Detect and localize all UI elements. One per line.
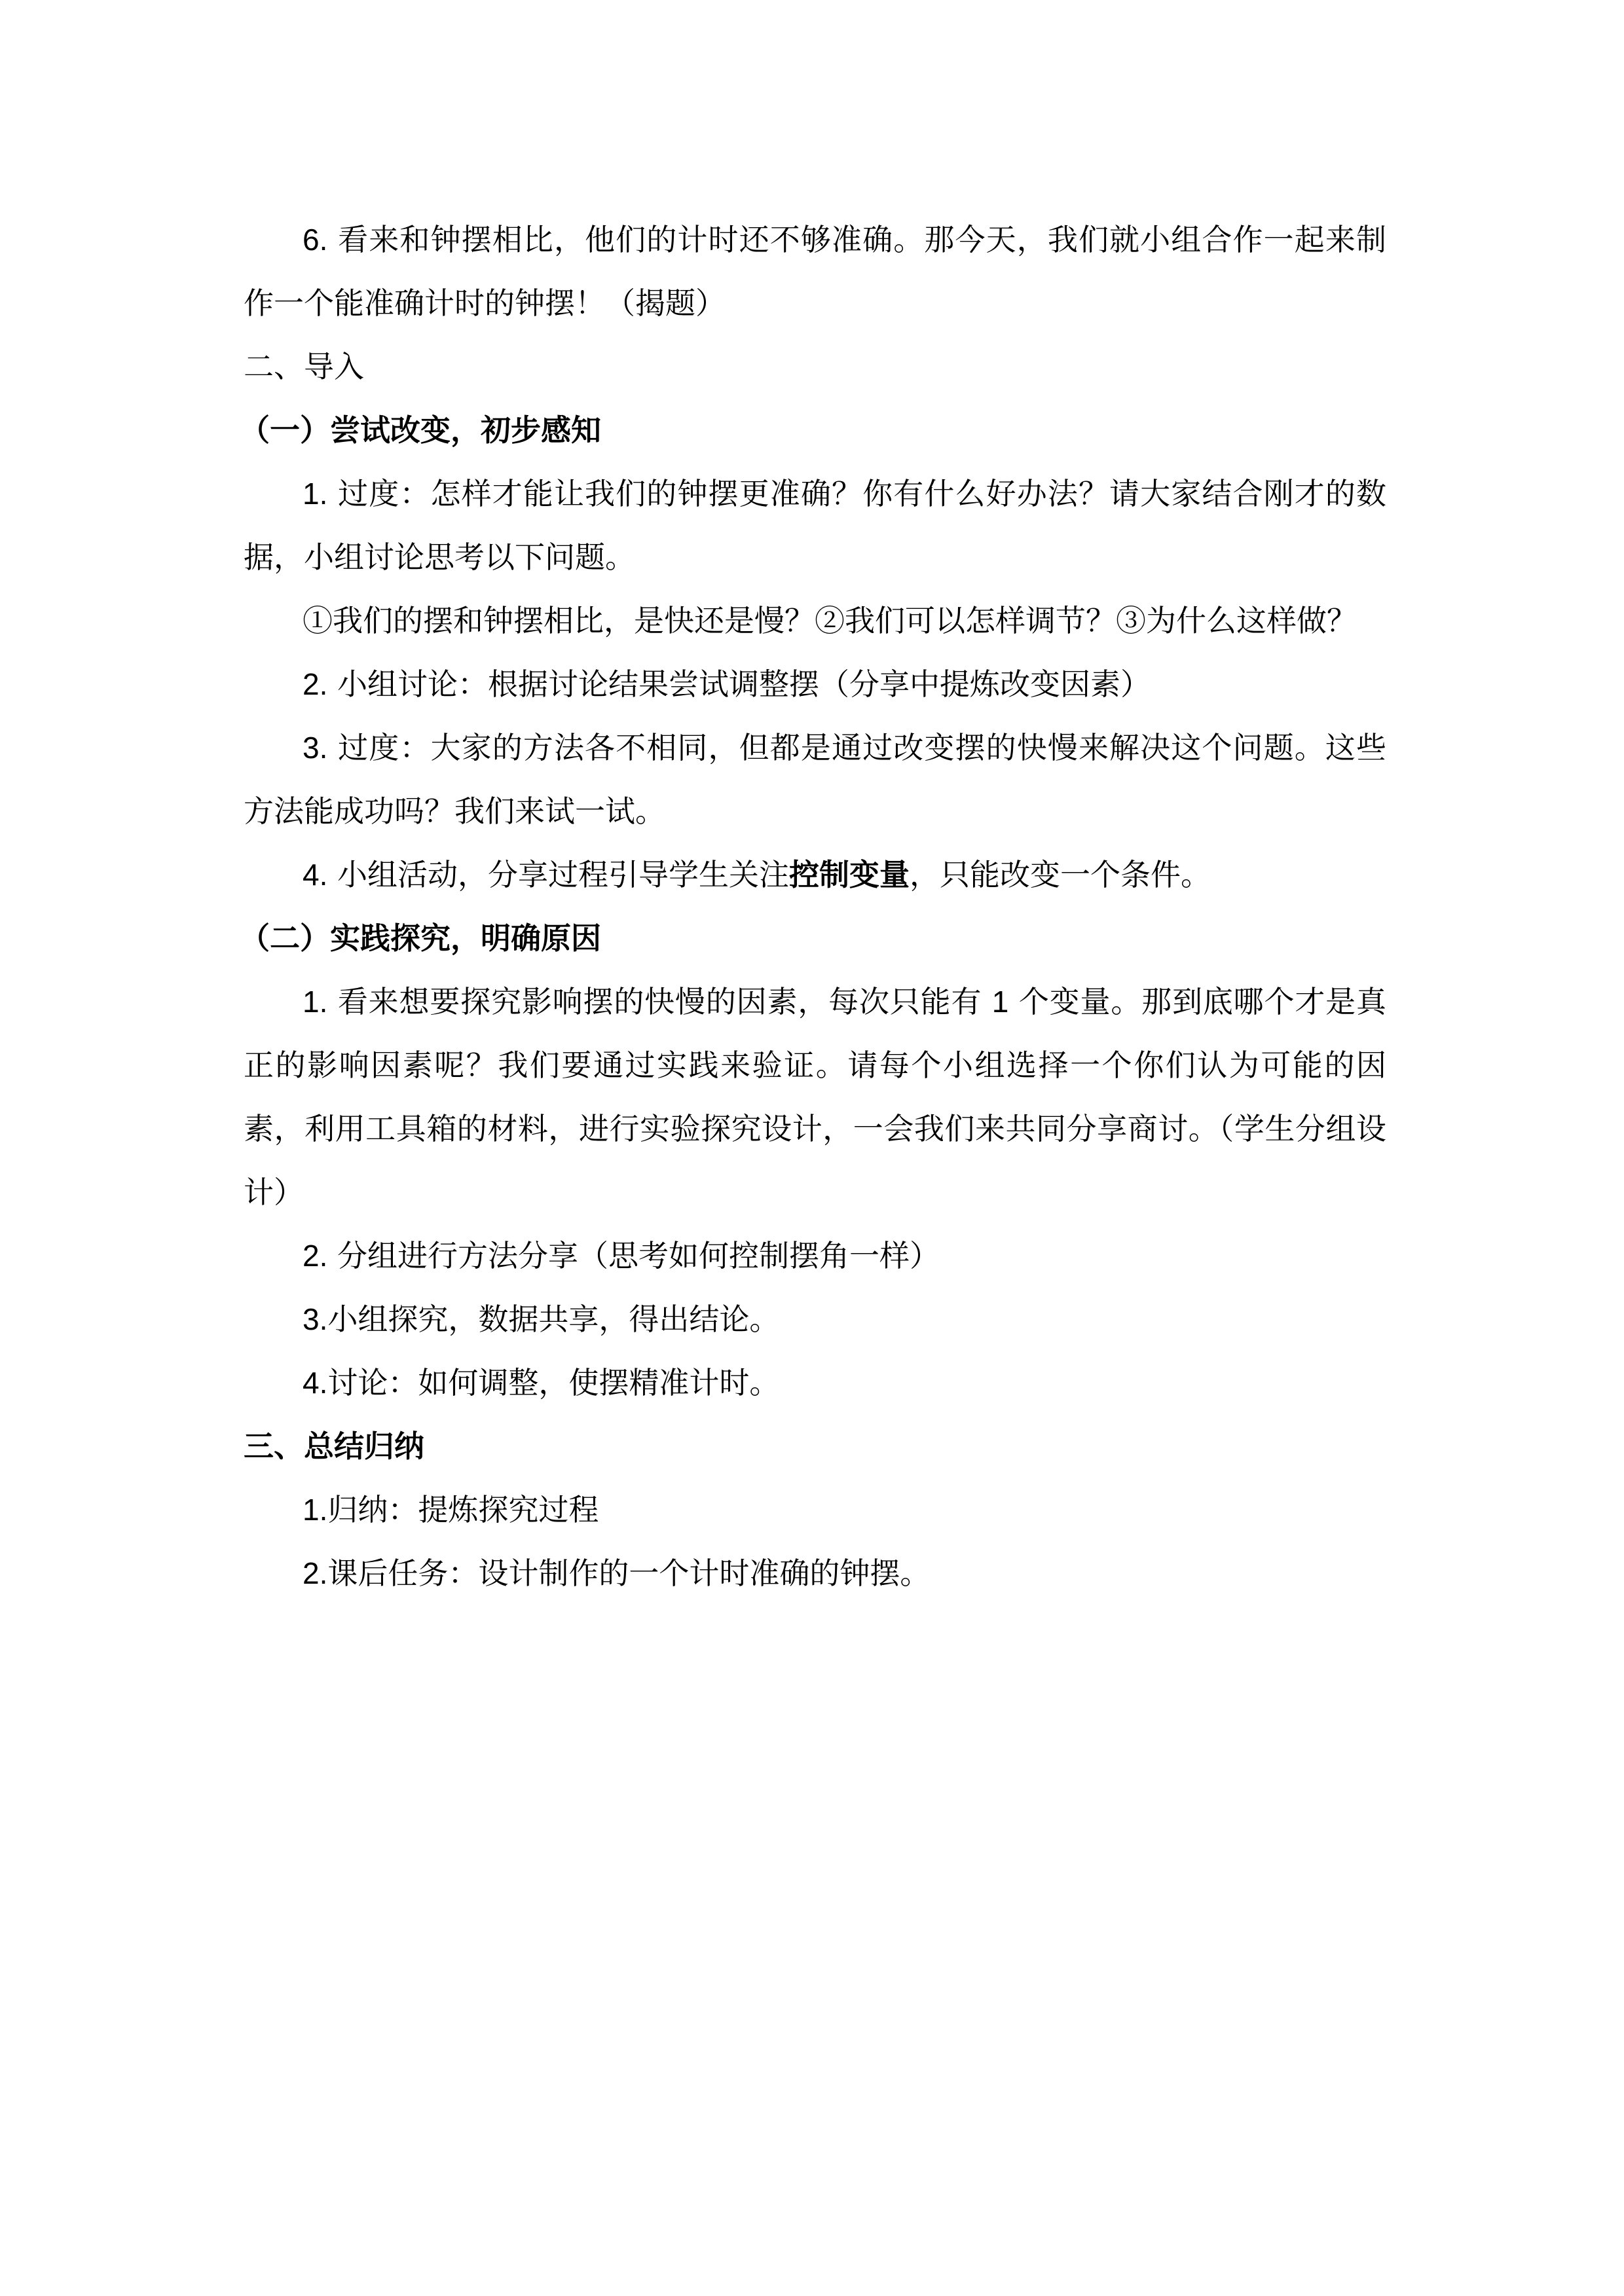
item-number: 3.: [303, 731, 327, 765]
paragraph-text: 讨论：如何调整，使摆精准计时。: [327, 1365, 779, 1400]
paragraph-method-sharing: 2. 分组进行方法分享（思考如何控制摆角一样）: [244, 1224, 1386, 1288]
paragraph-text: 归纳：提炼探究过程: [327, 1492, 599, 1527]
paragraph-text: 分组进行方法分享（思考如何控制摆角一样）: [327, 1238, 940, 1273]
item-number: 2.: [303, 667, 327, 701]
paragraph-group-activity: 4. 小组活动，分享过程引导学生关注控制变量，只能改变一个条件。: [244, 843, 1386, 907]
item-number: 1.: [303, 985, 327, 1019]
emphasis-control-variable: 控制变量: [789, 857, 910, 892]
variable-count: 1: [992, 985, 1009, 1019]
paragraph-discussion-adjust: 4.讨论：如何调整，使摆精准计时。: [244, 1351, 1386, 1415]
paragraph-text: 小组活动，分享过程引导学生关注: [327, 857, 789, 892]
paragraph-transition-1: 1. 过度：怎样才能让我们的钟摆更准确？你有什么好办法？请大家结合刚才的数据，小…: [244, 462, 1386, 589]
paragraph-summary: 1.归纳：提炼探究过程: [244, 1478, 1386, 1542]
paragraph-text: ，只能改变一个条件。: [910, 857, 1211, 892]
subsection-heading-try-change: （一）尝试改变，初步感知: [244, 399, 1386, 462]
paragraph-text: 课后任务：设计制作的一个计时准确的钟摆。: [327, 1556, 930, 1591]
paragraph-explore-factors: 1. 看来想要探究影响摆的快慢的因素，每次只能有 1 个变量。那到底哪个才是真正…: [244, 970, 1386, 1224]
paragraph-text: 小组探究，数据共享，得出结论。: [327, 1302, 779, 1337]
paragraph-text: 过度：怎样才能让我们的钟摆更准确？你有什么好办法？请大家结合刚才的数据，小组讨论…: [244, 476, 1386, 575]
document-page: 6. 看来和钟摆相比，他们的计时还不够准确。那今天，我们就小组合作一起来制作一个…: [244, 208, 1386, 1605]
paragraph-discussion-questions: ①我们的摆和钟摆相比，是快还是慢？②我们可以怎样调节？③为什么这样做？: [244, 589, 1386, 653]
section-heading-intro: 二、导入: [244, 335, 1386, 399]
subsection-heading-practice: （二）实践探究，明确原因: [244, 907, 1386, 970]
paragraph-item-6: 6. 看来和钟摆相比，他们的计时还不够准确。那今天，我们就小组合作一起来制作一个…: [244, 208, 1386, 335]
item-number: 1.: [303, 1493, 327, 1527]
paragraph-group-explore: 3.小组探究，数据共享，得出结论。: [244, 1288, 1386, 1351]
item-number: 6.: [303, 223, 327, 257]
paragraph-text: 看来和钟摆相比，他们的计时还不够准确。那今天，我们就小组合作一起来制作一个能准确…: [244, 222, 1386, 321]
item-number: 2.: [303, 1239, 327, 1273]
paragraph-text: 看来想要探究影响摆的快慢的因素，每次只能有: [327, 984, 991, 1019]
paragraph-text: 小组讨论：根据讨论结果尝试调整摆（分享中提炼改变因素）: [327, 666, 1151, 702]
item-number: 4.: [303, 1366, 327, 1400]
item-number: 3.: [303, 1302, 327, 1336]
paragraph-group-discussion: 2. 小组讨论：根据讨论结果尝试调整摆（分享中提炼改变因素）: [244, 653, 1386, 716]
section-heading-summary: 三、总结归纳: [244, 1415, 1386, 1478]
item-number: 4.: [303, 858, 327, 892]
paragraph-transition-3: 3. 过度：大家的方法各不相同，但都是通过改变摆的快慢来解决这个问题。这些方法能…: [244, 716, 1386, 843]
item-number: 1.: [303, 477, 327, 511]
paragraph-homework: 2.课后任务：设计制作的一个计时准确的钟摆。: [244, 1542, 1386, 1605]
item-number: 2.: [303, 1556, 327, 1590]
paragraph-text: 过度：大家的方法各不相同，但都是通过改变摆的快慢来解决这个问题。这些方法能成功吗…: [244, 730, 1386, 829]
